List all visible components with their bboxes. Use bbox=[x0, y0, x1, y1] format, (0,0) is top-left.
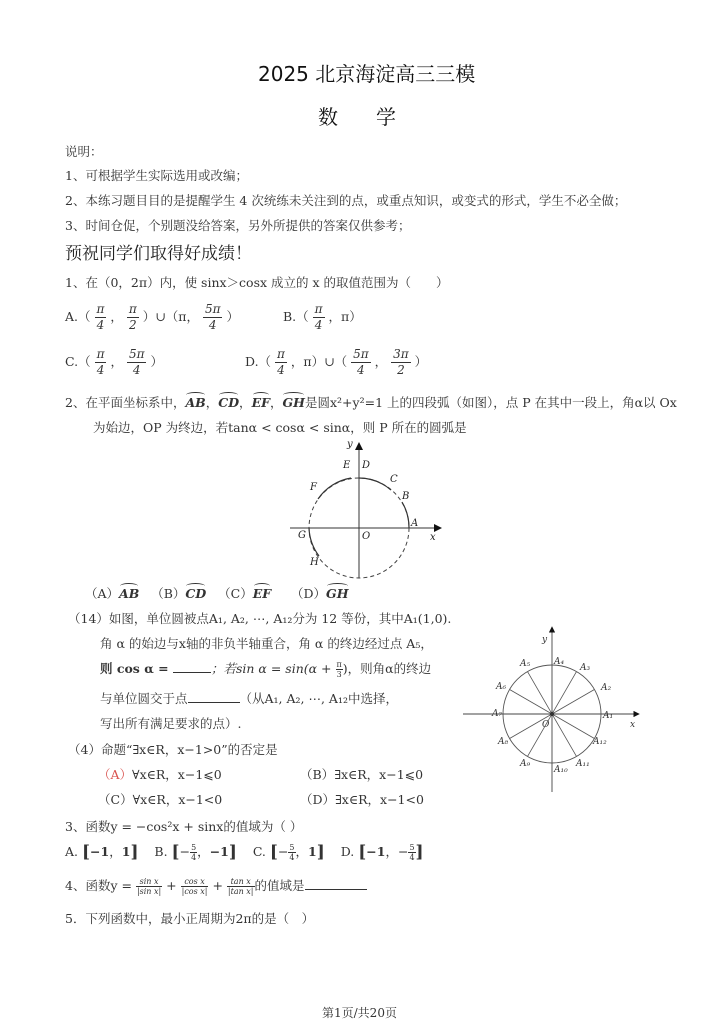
option-arc: EF bbox=[253, 586, 271, 601]
svg-text:x: x bbox=[430, 532, 436, 543]
fraction: 5π4 bbox=[203, 302, 223, 333]
q14-line2: 角 α 的始边与x轴的非负半轴重合，角 α 的终边经过点 A₅， bbox=[100, 634, 433, 652]
svg-text:A₉: A₉ bbox=[519, 759, 530, 769]
svg-text:y: y bbox=[541, 635, 548, 645]
notes-heading: 说明： bbox=[65, 142, 103, 160]
svg-text:A₁₀: A₁₀ bbox=[553, 765, 568, 775]
svg-text:O: O bbox=[362, 531, 370, 542]
q1-option-a: A.（ π4 ， π2 ）∪（π， 5π4 ） bbox=[65, 302, 239, 333]
q14-line4: 与单位圆交于点（从A₁, A₂, ⋯, A₁₂中选择， bbox=[100, 689, 398, 707]
q3-options: A. [−1，1] B. [−54，−1] C. [−54，1] D. [−1，… bbox=[65, 842, 424, 863]
option-label: A.（ bbox=[65, 309, 91, 324]
q1-stem: 1、在（0，2π）内，使 sinx＞cosx 成立的 x 的取值范围为（ ） bbox=[65, 273, 449, 291]
option-arc: CD bbox=[185, 586, 206, 601]
document-title: 2025 北京海淀高三三模 bbox=[258, 58, 475, 87]
q4-option-d: （D）∃x∈R，x−1<0 bbox=[300, 790, 424, 808]
svg-text:A₇: A₇ bbox=[491, 709, 502, 719]
option-arc: AB bbox=[119, 586, 139, 601]
q2-stem-line2: 为始边，OP 为终边，若tanα < cosα < sinα，则 P 所在的圆弧… bbox=[93, 418, 467, 436]
fraction: π4 bbox=[95, 302, 107, 333]
fraction: π4 bbox=[275, 347, 287, 378]
arc-ef: EF bbox=[252, 395, 270, 410]
q1-option-c: C.（ π4 ， 5π4 ） bbox=[65, 347, 163, 378]
svg-text:A₁₁: A₁₁ bbox=[575, 759, 590, 769]
arc-gh: GH bbox=[282, 395, 305, 410]
fraction: π3 bbox=[336, 660, 343, 679]
svg-text:E: E bbox=[342, 460, 351, 471]
answer-blank bbox=[305, 877, 367, 890]
fraction: 5π4 bbox=[351, 347, 371, 378]
answer-blank bbox=[188, 690, 240, 703]
svg-text:A: A bbox=[410, 518, 418, 529]
note-item: 1、可根据学生实际选用或改编； bbox=[65, 166, 248, 184]
q1-option-d: D.（ π4 ，π）∪（ 5π4 ， 3π2 ） bbox=[245, 347, 427, 378]
fraction: 5π4 bbox=[127, 347, 147, 378]
q14-twelve-point-circle-figure: y x O A₁ A₂ A₃ A₄ A₅ A₆ A₇ A₈ A₉ A₁₀ A₁₁… bbox=[458, 620, 658, 795]
fraction: π2 bbox=[127, 302, 139, 333]
option-arc: GH bbox=[326, 586, 349, 601]
fraction: π4 bbox=[95, 347, 107, 378]
arc-ab: AB bbox=[185, 395, 205, 410]
svg-text:B: B bbox=[401, 491, 409, 502]
q14-line5: 写出所有满足要求的点）. bbox=[100, 714, 241, 732]
subject-title: 数学 bbox=[318, 101, 434, 130]
svg-text:A₆: A₆ bbox=[495, 682, 506, 692]
answer-blank bbox=[173, 660, 211, 673]
q14-line3: 则 cos α = ；若sin α = sin(α + π3)，则角α的终边 bbox=[100, 659, 431, 679]
note-item: 2、本练习题目目的是提醒学生 4 次统练未关注到的点，或重点知识，或变式的形式，… bbox=[65, 191, 626, 209]
fraction: 3π2 bbox=[391, 347, 411, 378]
svg-text:A₃: A₃ bbox=[579, 663, 590, 673]
fraction: π4 bbox=[313, 302, 325, 333]
svg-text:A₈: A₈ bbox=[497, 737, 508, 747]
q4-option-c: （C）∀x∈R，x−1<0 bbox=[98, 790, 222, 808]
q3-stem: 3、函数y = −cos²x + sinx的值域为（ ） bbox=[65, 817, 302, 835]
page-number: 第1页/共20页 bbox=[322, 1004, 397, 1021]
svg-text:A₁₂: A₁₂ bbox=[592, 737, 607, 747]
q14-line1: （14）如图，单位圆被点A₁, A₂, ⋯, A₁₂分为 12 等份，其中A₁(… bbox=[68, 609, 451, 627]
svg-text:C: C bbox=[390, 474, 398, 485]
svg-text:A₁: A₁ bbox=[602, 711, 613, 721]
svg-text:O: O bbox=[542, 720, 550, 730]
q4-stem: （4）命题“∃x∈R，x−1>0”的否定是 bbox=[68, 740, 278, 758]
svg-text:y: y bbox=[346, 439, 353, 450]
svg-text:x: x bbox=[630, 720, 635, 730]
svg-text:G: G bbox=[298, 530, 306, 541]
note-item: 3、时间仓促，个别题没给答案，另外所提供的答案仅供参考； bbox=[65, 216, 410, 234]
good-luck-message: 预祝同学们取得好成绩！ bbox=[65, 239, 252, 264]
svg-text:A₂: A₂ bbox=[600, 683, 611, 693]
svg-text:F: F bbox=[309, 482, 318, 493]
svg-text:H: H bbox=[309, 557, 319, 568]
q4b-stem: 4、函数y = sin x|sin x| + cos x|cos x| + ta… bbox=[65, 876, 367, 896]
q4-option-a: （A）∀x∈R，x−1⩽0 bbox=[98, 765, 222, 783]
q4-option-b: （B）∃x∈R，x−1⩽0 bbox=[300, 765, 423, 783]
q5-stem: 5．下列函数中，最小正周期为2π的是（ ） bbox=[65, 909, 314, 927]
q1-option-b: B.（ π4 ，π） bbox=[283, 302, 362, 333]
svg-text:A₄: A₄ bbox=[553, 657, 564, 667]
svg-text:A₅: A₅ bbox=[519, 659, 530, 669]
q2-stem-line1: 2、在平面坐标系中，AB，CD，EF，GH是圆x²+y²=1 上的四段弧（如图）… bbox=[65, 393, 677, 411]
q2-options: （A）AB （B）CD （C）EF （D）GH bbox=[85, 584, 349, 602]
arc-cd: CD bbox=[218, 395, 239, 410]
q2-unit-circle-figure: y x O A B C D E F G H bbox=[285, 438, 445, 583]
svg-text:D: D bbox=[361, 460, 370, 471]
